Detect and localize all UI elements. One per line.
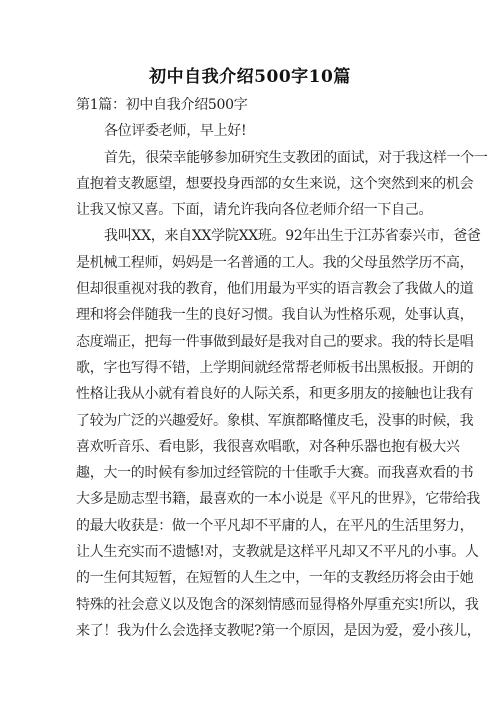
- text-line: 是机械工程师，妈妈是一名普通的工人。我的父母虽然学历不高，: [76, 250, 426, 276]
- text-line: 歌，字也写得不错，上学期间就经常帮老师板书出黑板报。开朗的: [76, 355, 426, 381]
- text-line: 态度端正，把每一件事做到最好是我对自己的要求。我的特长是唱: [76, 329, 426, 355]
- document-title: 初中自我介绍500字10篇: [0, 62, 500, 87]
- document-page: 初中自我介绍500字10篇 第1篇：初中自我介绍500字各位评委老师，早上好!首…: [0, 0, 500, 707]
- text-line: 的最大收获是：做一个平凡却不平庸的人，在平凡的生活里努力，: [76, 513, 426, 539]
- text-line: 首先，很荣幸能够参加研究生支教团的面试，对于我这样一个一: [76, 145, 426, 171]
- text-line: 我叫XX，来自XX学院XX班。92年出生于江苏省泰兴市，爸爸: [76, 223, 426, 249]
- text-line: 让我又惊又喜。下面，请允许我向各位老师介绍一下自己。: [76, 197, 426, 223]
- text-line: 喜欢听音乐、看电影，我很喜欢唱歌，对各种乐器也抱有极大兴: [76, 434, 426, 460]
- text-line: 大多是励志型书籍，最喜欢的一本小说是《平凡的世界》，它带给我: [76, 486, 426, 512]
- text-line: 的一生何其短暂，在短暂的人生之中，一年的支教经历将会由于她: [76, 565, 426, 591]
- text-line: 趣，大一的时候有参加过经管院的十佳歌手大赛。而我喜欢看的书: [76, 460, 426, 486]
- text-line: 让人生充实而不遗憾!对，支教就是这样平凡却又不平凡的小事。人: [76, 539, 426, 565]
- text-line: 直抱着支教愿望，想要投身西部的女生来说，这个突然到来的机会: [76, 171, 426, 197]
- text-line: 了较为广泛的兴趣爱好。象棋、军旗都略懂皮毛，没事的时候，我: [76, 408, 426, 434]
- text-line: 性格让我从小就有着良好的人际关系，和更多朋友的接触也让我有: [76, 381, 426, 407]
- document-body: 第1篇：初中自我介绍500字各位评委老师，早上好!首先，很荣幸能够参加研究生支教…: [76, 92, 426, 644]
- text-line: 特殊的社会意义以及饱含的深刻情感而显得格外厚重充实!所以，我: [76, 592, 426, 618]
- text-line: 理和将会伴随我一生的良好习惯。我自认为性格乐观，处事认真，: [76, 302, 426, 328]
- text-line: 第1篇：初中自我介绍500字: [76, 92, 426, 118]
- text-line: 但却很重视对我的教育，他们用最为平实的语言教会了我做人的道: [76, 276, 426, 302]
- text-line: 来了！我为什么会选择支教呢?第一个原因，是因为爱，爱小孩儿，: [76, 618, 426, 644]
- text-line: 各位评委老师，早上好!: [76, 118, 426, 144]
